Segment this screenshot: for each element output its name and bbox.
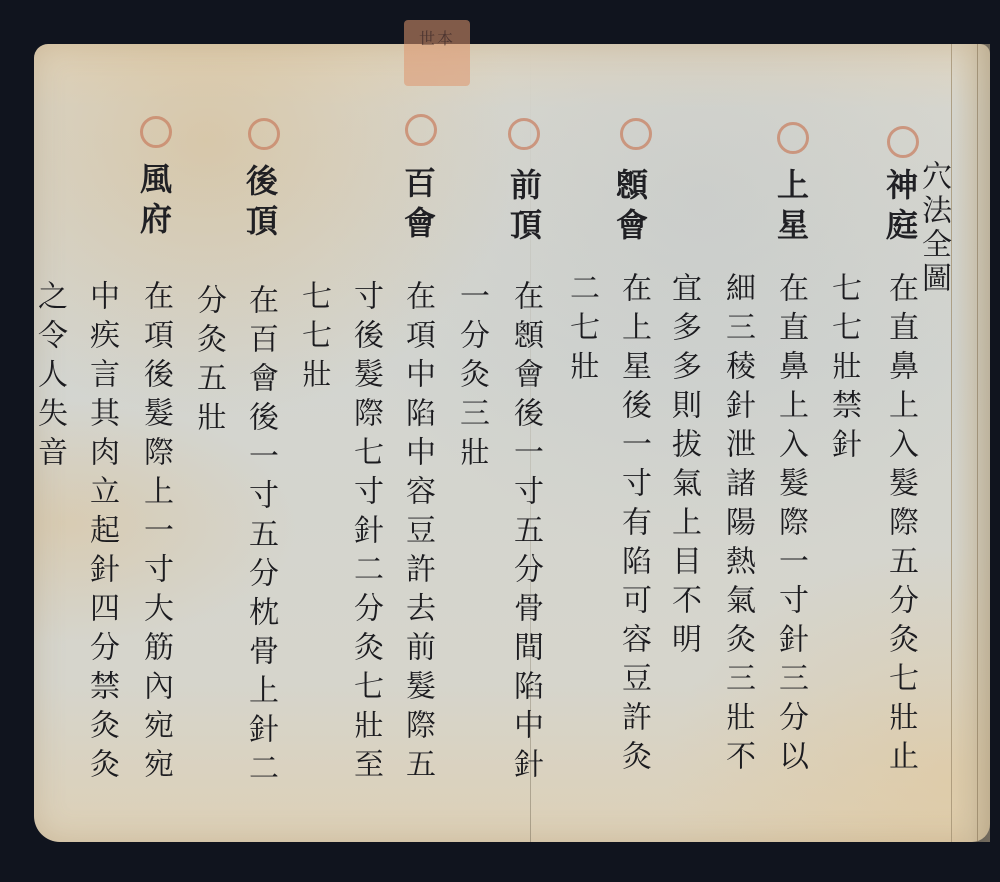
point-name-houding: 後頂 — [244, 164, 276, 244]
point-name-fengfu: 風府 — [138, 162, 170, 242]
entry-line: 在顖會後一寸五分骨間陷中針 — [510, 280, 540, 787]
page-title: 穴法全圖 — [918, 160, 948, 296]
page-edge-line — [977, 44, 978, 842]
seal-text: 世本 — [419, 20, 455, 49]
collector-seal: 世本 — [404, 20, 470, 86]
point-name-qianding: 前頂 — [508, 168, 540, 248]
circle-mark — [777, 122, 809, 154]
circle-mark — [248, 118, 280, 150]
entry-line: 在百會後一寸五分枕骨上針二 — [245, 284, 275, 791]
point-name-shenting: 神庭 — [884, 168, 916, 248]
entry-line: 寸後髮際七寸針二分灸七壯至 — [350, 280, 380, 787]
point-name-baihui: 百會 — [402, 166, 434, 246]
circle-mark — [508, 118, 540, 150]
entry-line: 一分灸三壯 — [456, 280, 486, 475]
entry-line: 二七壯 — [566, 272, 596, 389]
entry-line: 在項後髮際上一寸大筋內宛宛 — [140, 280, 170, 787]
entry-line: 七七壯 — [298, 280, 328, 397]
bleed-through-text — [734, 164, 773, 198]
entry-line: 宜多多則拔氣上目不明 — [668, 272, 698, 662]
circle-mark — [620, 118, 652, 150]
entry-line: 細三稜針泄諸陽熱氣灸三壯不 — [722, 272, 752, 779]
entry-line: 分灸五壯 — [193, 284, 223, 440]
circle-mark — [887, 126, 919, 158]
entry-line: 在直鼻上入髮際五分灸七壯止 — [885, 272, 915, 779]
entry-line: 中疾言其肉立起針四分禁灸灸 — [86, 280, 116, 787]
entry-line: 之令人失音 — [34, 280, 64, 475]
page-edge — [951, 44, 990, 842]
entry-line: 七七壯禁針 — [828, 272, 858, 467]
entry-line: 在直鼻上入髮際一寸針三分以 — [775, 272, 805, 779]
point-name-xinhui: 顖會 — [614, 168, 646, 248]
point-name-shangxing: 上星 — [775, 168, 807, 248]
entry-line: 在項中陷中容豆許去前髮際五 — [402, 280, 432, 787]
circle-mark — [140, 116, 172, 148]
entry-line: 在上星後一寸有陷可容豆許灸 — [618, 272, 648, 779]
circle-mark — [405, 114, 437, 146]
